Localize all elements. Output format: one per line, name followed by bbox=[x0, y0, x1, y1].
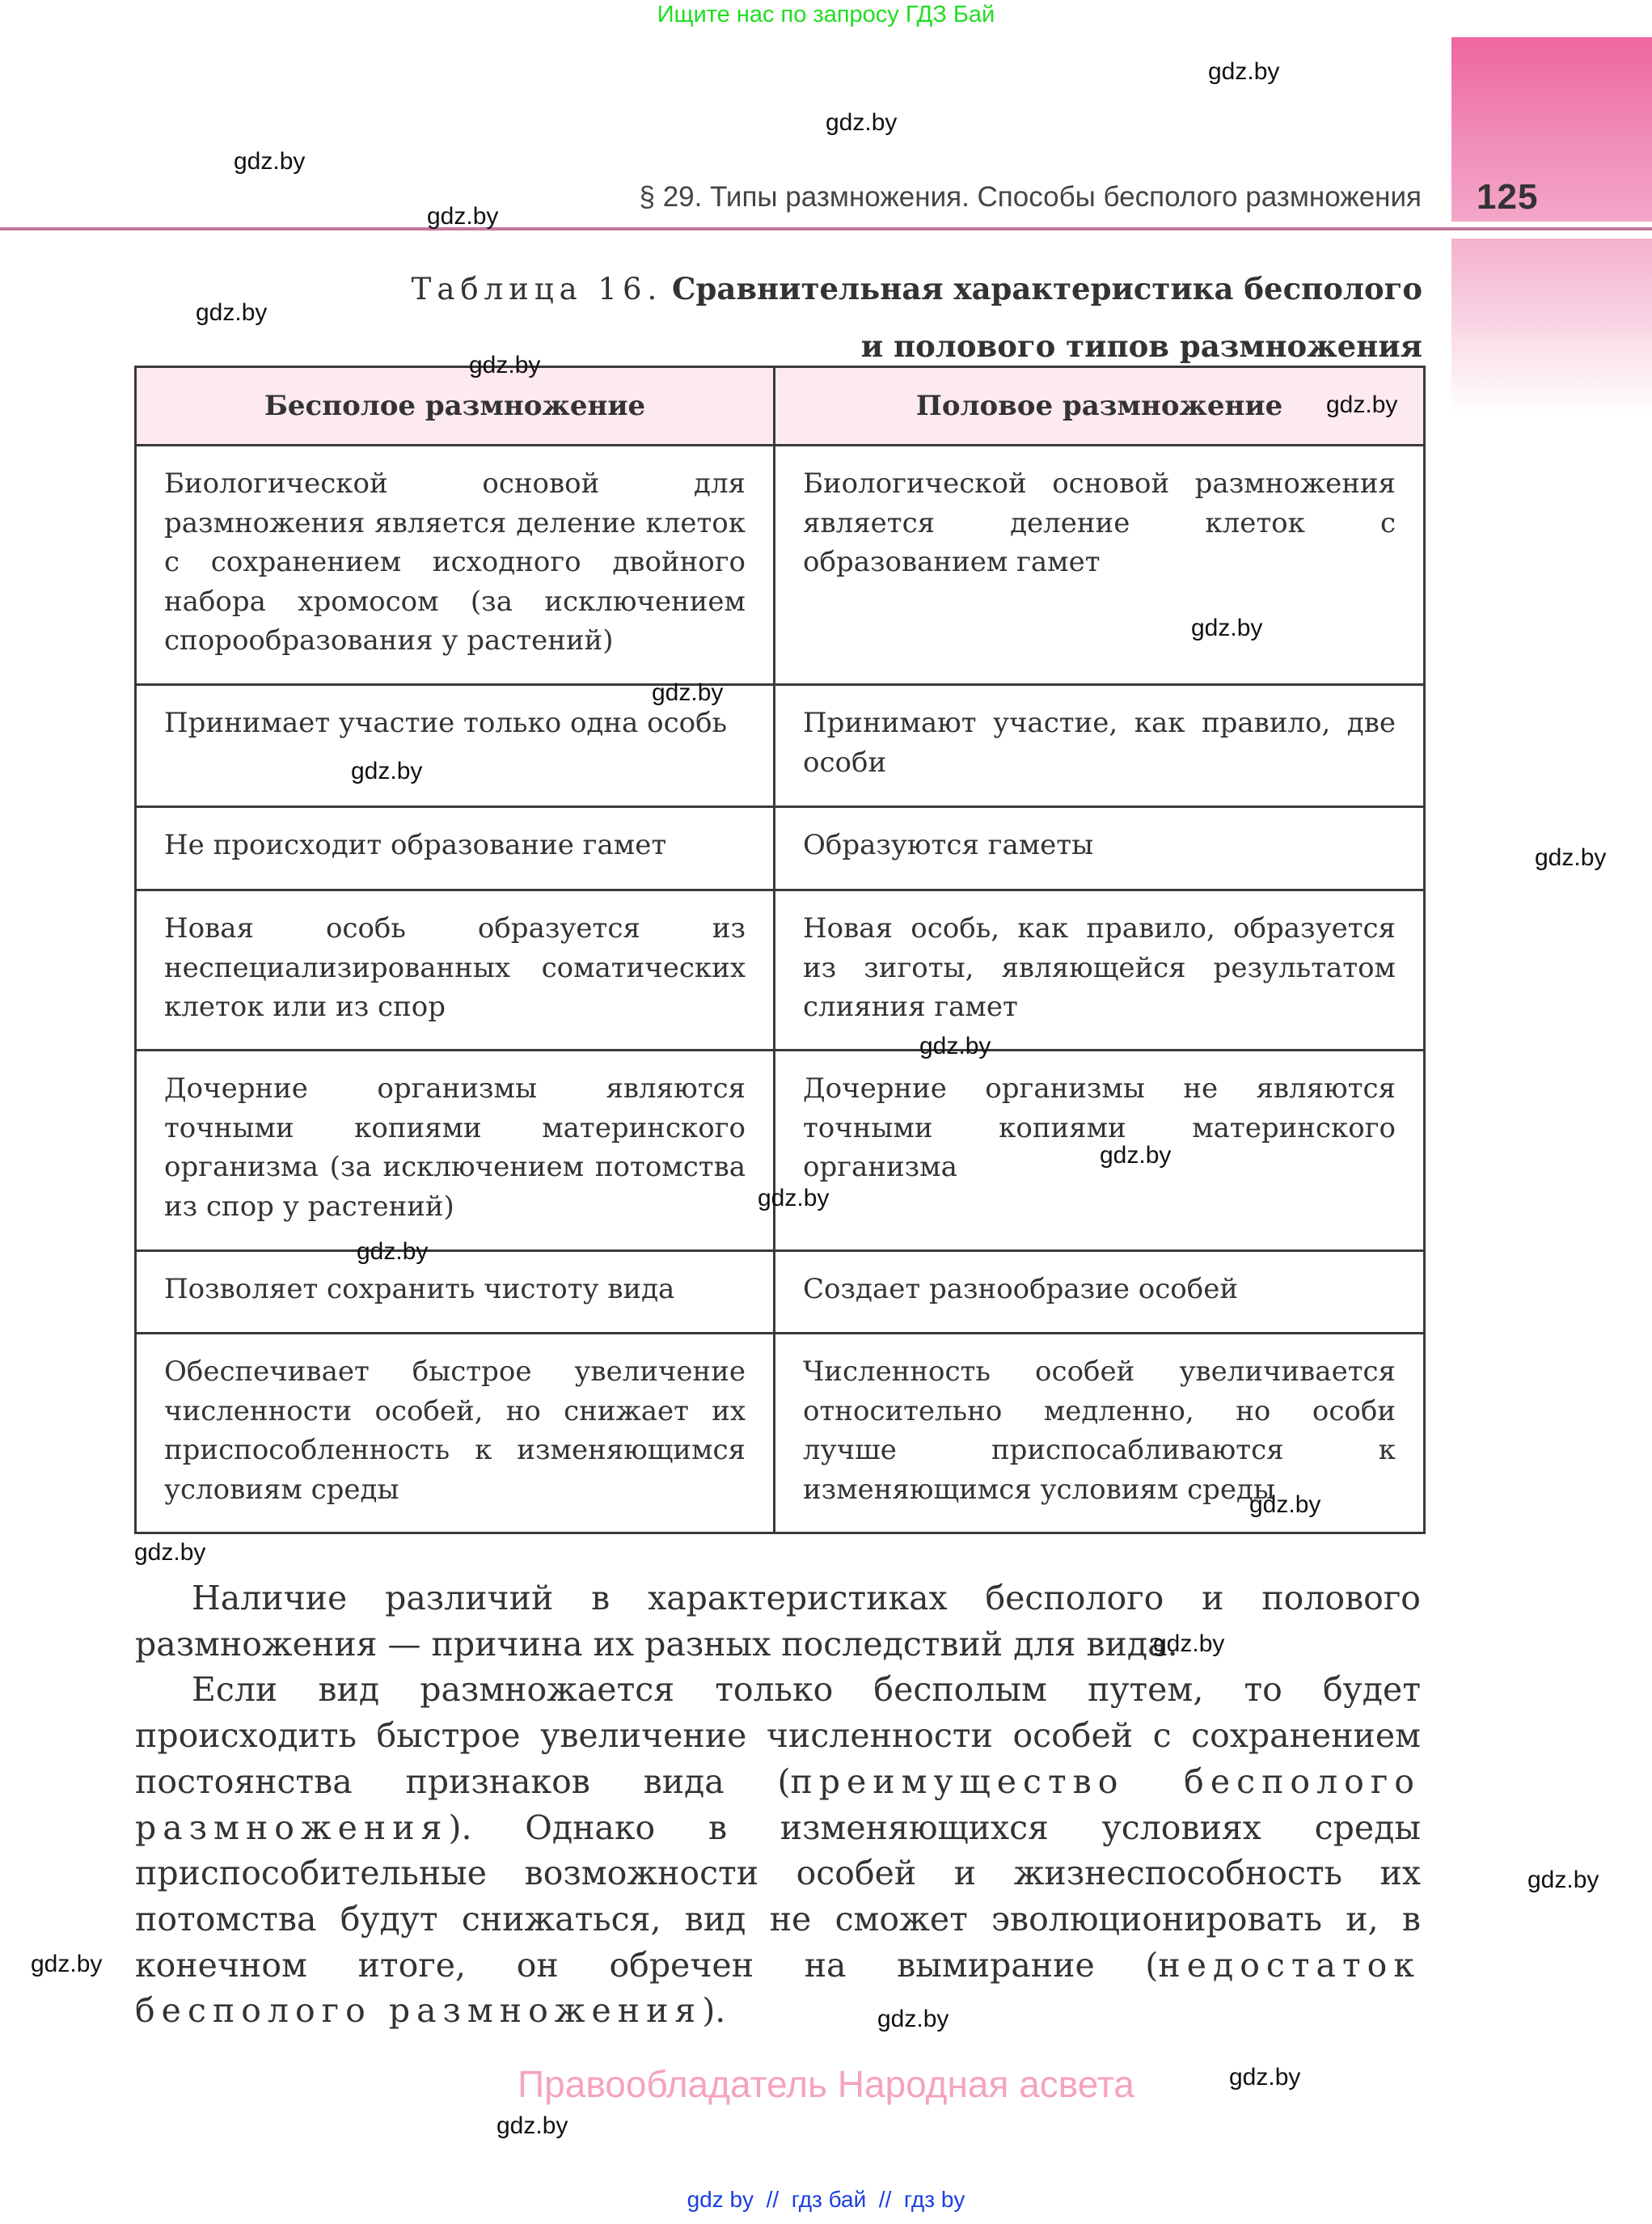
table-cell-asexual: Дочерние организмы являются точными копи… bbox=[136, 1051, 775, 1251]
watermark: gdz.by bbox=[1229, 2064, 1300, 2091]
header-divider bbox=[0, 227, 1652, 230]
paragraph-1: Наличие различий в характеристиках беспо… bbox=[135, 1575, 1421, 1667]
watermark: gdz.by bbox=[919, 1033, 991, 1060]
watermark: gdz.by bbox=[196, 299, 267, 327]
table-header-row: Бесполое размножение Половое размножение bbox=[136, 367, 1425, 446]
table-caption-title-line1: Сравнительная характеристика бесполого bbox=[672, 271, 1422, 307]
watermark: gdz.by bbox=[1326, 391, 1397, 419]
watermark: gdz.by bbox=[1208, 58, 1279, 86]
watermark: gdz.by bbox=[758, 1185, 829, 1212]
paragraph-2: Если вид размножается только бесполым пу… bbox=[135, 1667, 1421, 2034]
comparison-table: Бесполое размножение Половое размножение… bbox=[134, 366, 1426, 1534]
watermark: gdz.by bbox=[1535, 844, 1606, 872]
body-text: Наличие различий в характеристиках беспо… bbox=[135, 1575, 1421, 2034]
watermark: gdz.by bbox=[652, 679, 723, 707]
search-banner: Ищите нас по запросу ГДЗ Бай bbox=[0, 2, 1652, 28]
watermark: gdz.by bbox=[496, 2112, 568, 2140]
page-tab-fade-decoration bbox=[1451, 239, 1652, 412]
watermark: gdz.by bbox=[31, 1951, 102, 1978]
table-cell-sexual: Принимают участие, как правило, две особ… bbox=[775, 685, 1425, 807]
watermark: gdz.by bbox=[877, 2006, 949, 2033]
watermark: gdz.by bbox=[826, 109, 897, 137]
watermark: gdz.by bbox=[1153, 1630, 1224, 1658]
table-row: Биологической основой для размножения яв… bbox=[136, 446, 1425, 685]
table-caption: Таблица 16. Сравнительная характеристика… bbox=[412, 260, 1422, 375]
table-row: Позволяет сохранить чистоту вида Создает… bbox=[136, 1251, 1425, 1334]
table-caption-label: Таблица 16. bbox=[412, 272, 663, 307]
watermark: gdz.by bbox=[1191, 615, 1262, 642]
column-header-asexual: Бесполое размножение bbox=[136, 367, 775, 446]
table-cell-asexual: Позволяет сохранить чистоту вида bbox=[136, 1251, 775, 1334]
table-cell-sexual: Новая особь, как правило, образуется из … bbox=[775, 890, 1425, 1051]
table-cell-sexual: Образуются гаметы bbox=[775, 807, 1425, 890]
table-row: Новая особь образуется из неспециализиро… bbox=[136, 890, 1425, 1051]
table-cell-sexual: Биологической основой размножения являет… bbox=[775, 446, 1425, 685]
watermark: gdz.by bbox=[234, 148, 305, 175]
watermark: gdz.by bbox=[1527, 1867, 1599, 1894]
table-cell-sexual: Создает разнообразие особей bbox=[775, 1251, 1425, 1334]
table-cell-asexual: Новая особь образуется из неспециализиро… bbox=[136, 890, 775, 1051]
watermark: gdz.by bbox=[357, 1238, 428, 1266]
footer-links[interactable]: gdz by // гдз бай // гдз by bbox=[0, 2187, 1652, 2213]
page-number: 125 bbox=[1477, 177, 1538, 218]
table-row: Обеспечивает быстрое увеличение численно… bbox=[136, 1334, 1425, 1533]
paragraph-2-text: ). bbox=[702, 1991, 725, 2030]
watermark: gdz.by bbox=[1100, 1142, 1171, 1169]
table-cell-asexual: Обеспечивает быстрое увеличение численно… bbox=[136, 1334, 775, 1533]
watermark: gdz.by bbox=[351, 758, 422, 785]
watermark: gdz.by bbox=[427, 203, 498, 230]
watermark: gdz.by bbox=[1249, 1491, 1320, 1519]
table-row: Не происходит образование гамет Образуют… bbox=[136, 807, 1425, 890]
running-header: § 29. Типы размножения. Способы бесполог… bbox=[640, 181, 1422, 214]
table-cell-asexual: Не происходит образование гамет bbox=[136, 807, 775, 890]
watermark: gdz.by bbox=[469, 352, 540, 379]
table-row: Принимает участие только одна особь Прин… bbox=[136, 685, 1425, 807]
copyright-notice: Правообладатель Народная асвета bbox=[0, 2062, 1652, 2106]
table-row: Дочерние организмы являются точными копи… bbox=[136, 1051, 1425, 1251]
table-cell-sexual: Численность особей увеличивается относит… bbox=[775, 1334, 1425, 1533]
table-cell-asexual: Биологической основой для размножения яв… bbox=[136, 446, 775, 685]
watermark: gdz.by bbox=[134, 1539, 205, 1567]
